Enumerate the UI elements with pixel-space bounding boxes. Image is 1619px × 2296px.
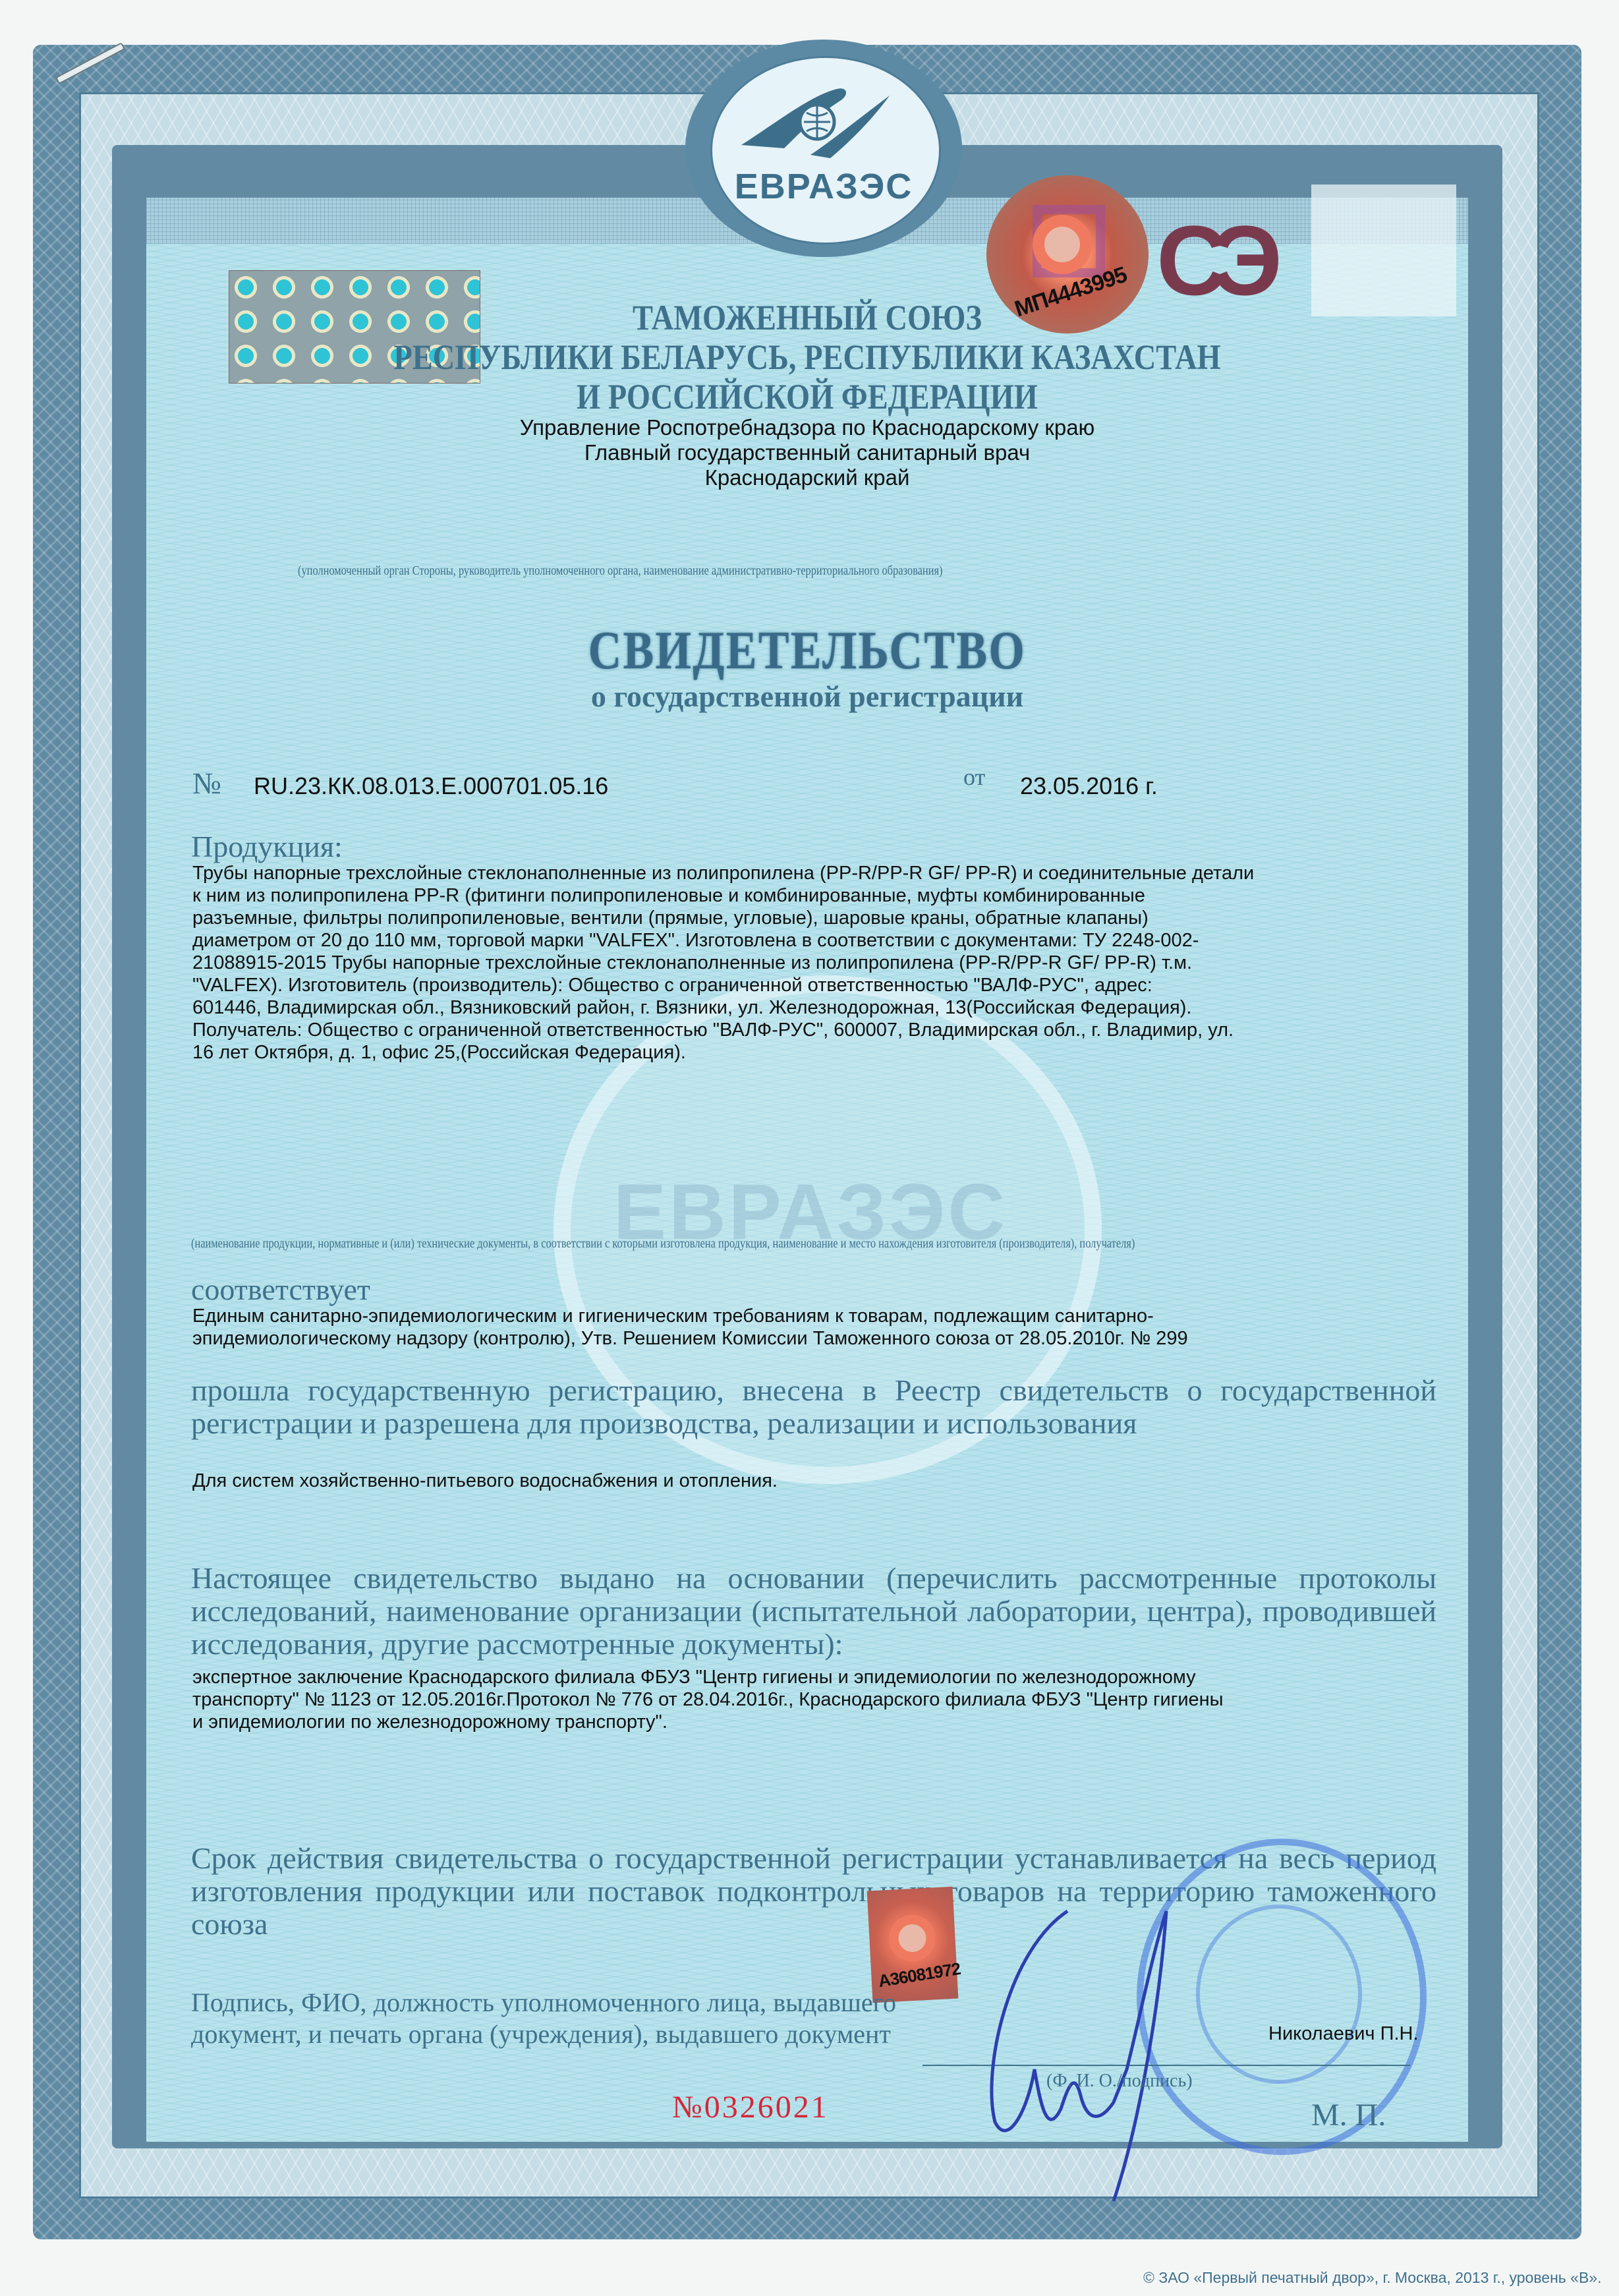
date-label: от (963, 763, 985, 791)
printer-copyright: © ЗАО «Первый печатный двор», г. Москва,… (1143, 2269, 1601, 2287)
union-title: ТАМОЖЕННЫЙ СОЮЗ РЕСПУБЛИКИ БЕЛАРУСЬ, РЕС… (255, 298, 1360, 416)
product-line: Трубы напорные трехслойные стеклонаполне… (192, 862, 1458, 884)
product-line: "VALFEX). Изготовитель (производитель): … (192, 974, 1458, 996)
product-line: 16 лет Октября, д. 1, офис 25,(Российска… (192, 1041, 1458, 1064)
se-mark-icon: СЭ (1156, 211, 1268, 310)
certificate-title: СВИДЕТЕЛЬСТВО (261, 619, 1353, 681)
basis-documents: экспертное заключение Краснодарского фил… (192, 1666, 1458, 1733)
conformity-text: Единым санитарно-эпидемиологическим и ги… (192, 1305, 1458, 1350)
registration-statement: прошла государственную регистрацию, внес… (191, 1374, 1436, 1440)
certificate-subtitle: о государственной регистрации (165, 679, 1450, 714)
serial-number: №0326021 (672, 2089, 829, 2125)
basis-line: экспертное заключение Краснодарского фил… (192, 1666, 1458, 1688)
product-line: к ним из полипропилена PP-R (фитинги пол… (192, 884, 1458, 907)
logo-text: ЕВРАЗЭС (710, 166, 937, 207)
product-caption: (наименование продукции, нормативные и (… (191, 1236, 1135, 1251)
number-label: № (192, 766, 221, 801)
handwritten-signature (969, 1872, 1219, 2201)
usage-text: Для систем хозяйственно-питьевого водосн… (192, 1470, 778, 1492)
signature-caption: (Ф. И. О./подпись) (1046, 2071, 1193, 2092)
product-line: разъемные, фильтры полипропиленовые, вен… (192, 907, 1458, 929)
authority-caption: (уполномоченный орган Стороны, руководит… (298, 563, 942, 579)
product-description: Трубы напорные трехслойные стеклонаполне… (192, 862, 1458, 1064)
conformity-label: соответствует (191, 1272, 370, 1307)
product-label: Продукция: (191, 829, 343, 864)
union-title-line: ТАМОЖЕННЫЙ СОЮЗ (255, 298, 1360, 337)
union-title-line: И РОССИЙСКОЙ ФЕДЕРАЦИИ (255, 377, 1360, 416)
certificate-number: RU.23.КК.08.013.Е.000701.05.16 (254, 772, 608, 800)
conformity-line: Единым санитарно-эпидемиологическим и ги… (192, 1305, 1458, 1327)
authority-line: Краснодарский край (165, 465, 1450, 490)
authority-line: Управление Роспотребнадзора по Краснодар… (165, 415, 1450, 440)
hologram-seal-bottom: А36081972 (867, 1887, 959, 2003)
eurasec-globe-swoosh-icon (731, 82, 896, 161)
product-line: 21088915-2015 Трубы напорные трехслойные… (192, 952, 1458, 974)
c-emblem-icon (1033, 215, 1092, 274)
certificate-date: 23.05.2016 г. (1020, 772, 1158, 800)
authority-line: Главный государственный санитарный врач (165, 440, 1450, 465)
basis-line: и эпидемиологии по железнодорожному тран… (192, 1711, 1458, 1733)
signature-label: Подпись, ФИО, должность уполномоченного … (191, 1987, 896, 2050)
issuing-authority: Управление Роспотребнадзора по Краснодар… (165, 415, 1450, 490)
c-emblem-icon (888, 1914, 937, 1963)
signatory-name: Николаевич П.Н. (1268, 2023, 1419, 2045)
basis-line: транспорту" № 1123 от 12.05.2016г.Проток… (192, 1688, 1458, 1711)
conformity-line: эпидемиологическому надзору (контролю), … (192, 1327, 1458, 1350)
product-line: диаметром от 20 до 110 мм, торговой марк… (192, 929, 1458, 952)
seal-label: М. П. (1311, 2097, 1386, 2133)
product-line: 601446, Владимирская обл., Вязниковский … (192, 996, 1458, 1019)
basis-statement: Настоящее свидетельство выдано на основа… (191, 1562, 1436, 1661)
product-line: Получатель: Общество с ограниченной отве… (192, 1019, 1458, 1041)
union-title-line: РЕСПУБЛИКИ БЕЛАРУСЬ, РЕСПУБЛИКИ КАЗАХСТА… (255, 337, 1360, 377)
faint-stamp-area (1311, 185, 1456, 316)
